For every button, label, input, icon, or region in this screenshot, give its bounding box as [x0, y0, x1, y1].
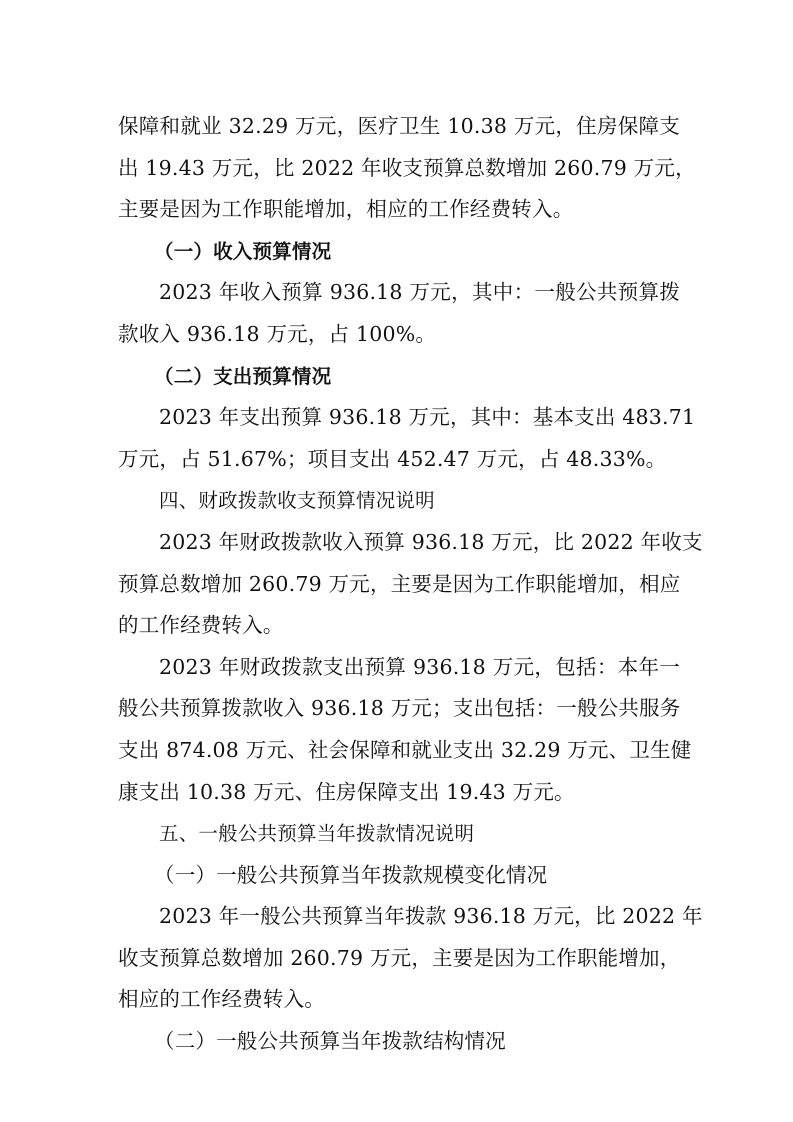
text-line: 万元，占 51.67%；项目支出 452.47 万元，占 48.33%。: [118, 439, 680, 481]
section-heading: 五、一般公共预算当年拨款情况说明: [118, 813, 680, 855]
document-page: 保障和就业 32.29 万元，医疗卫生 10.38 万元，住房保障支 出 19.…: [118, 106, 680, 1063]
section-heading: （一）收入预算情况: [118, 231, 680, 273]
text-line: 康支出 10.38 万元、住房保障支出 19.43 万元。: [118, 772, 680, 814]
text-line: 出 19.43 万元，比 2022 年收支预算总数增加 260.79 万元，: [118, 148, 680, 190]
text-line: 的工作经费转入。: [118, 605, 680, 647]
text-line: 2023 年财政拨款收入预算 936.18 万元，比 2022 年收支: [118, 522, 680, 564]
text-line: 收支预算总数增加 260.79 万元，主要是因为工作职能增加，: [118, 938, 680, 980]
section-general-public-budget: 五、一般公共预算当年拨款情况说明 （一）一般公共预算当年拨款规模变化情况 202…: [118, 813, 680, 1063]
text-line: 2023 年财政拨款支出预算 936.18 万元，包括：本年一: [118, 647, 680, 689]
text-line: 相应的工作经费转入。: [118, 979, 680, 1021]
text-line: 2023 年支出预算 936.18 万元，其中：基本支出 483.71: [118, 397, 680, 439]
text-line: 主要是因为工作职能增加，相应的工作经费转入。: [118, 189, 680, 231]
text-line: 般公共预算拨款收入 936.18 万元；支出包括：一般公共服务: [118, 688, 680, 730]
text-line: 保障和就业 32.29 万元，医疗卫生 10.38 万元，住房保障支: [118, 106, 680, 148]
section-income-budget: （一）收入预算情况 2023 年收入预算 936.18 万元，其中：一般公共预算…: [118, 231, 680, 356]
text-line: 预算总数增加 260.79 万元，主要是因为工作职能增加，相应: [118, 564, 680, 606]
subsection-heading: （二）一般公共预算当年拨款结构情况: [118, 1021, 680, 1063]
section-heading: （二）支出预算情况: [118, 356, 680, 398]
text-line: 2023 年一般公共预算当年拨款 936.18 万元，比 2022 年: [118, 896, 680, 938]
text-line: 款收入 936.18 万元，占 100%。: [118, 314, 680, 356]
paragraph: 2023 年财政拨款支出预算 936.18 万元，包括：本年一 般公共预算拨款收…: [118, 647, 680, 813]
subsection-heading: （一）一般公共预算当年拨款规模变化情况: [118, 855, 680, 897]
section-heading: 四、财政拨款收支预算情况说明: [118, 480, 680, 522]
text-line: 支出 874.08 万元、社会保障和就业支出 32.29 万元、卫生健: [118, 730, 680, 772]
text-line: 2023 年收入预算 936.18 万元，其中：一般公共预算拨: [118, 272, 680, 314]
carryover-paragraph: 保障和就业 32.29 万元，医疗卫生 10.38 万元，住房保障支 出 19.…: [118, 106, 680, 231]
paragraph: 2023 年财政拨款收入预算 936.18 万元，比 2022 年收支 预算总数…: [118, 522, 680, 647]
section-expense-budget: （二）支出预算情况 2023 年支出预算 936.18 万元，其中：基本支出 4…: [118, 356, 680, 481]
section-fiscal-appropriation: 四、财政拨款收支预算情况说明 2023 年财政拨款收入预算 936.18 万元，…: [118, 480, 680, 813]
